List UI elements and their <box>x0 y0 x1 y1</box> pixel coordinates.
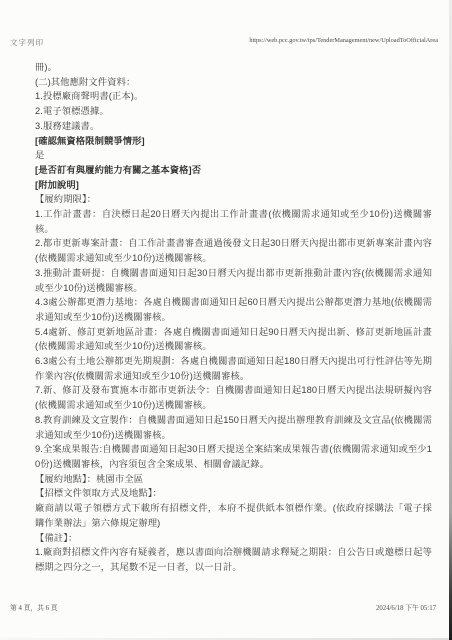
document-line: 6.3處公有土地公辦都更先期規劃：各處自機關書面通知日起180日曆天內提出可行性… <box>35 354 432 383</box>
document-line: 5.4處新、修訂更新地區計畫：各處自機關書面通知日起90日曆天內提出新、修訂更新… <box>35 325 432 354</box>
section-title: 【履約期限】： <box>35 192 432 207</box>
document-line: 4.3處公辦都更潛力基地：各處自機關書面通知日起60日曆天內提出公辦都更潛力基地… <box>35 295 432 324</box>
section-title: 【招標文件領取方式及地點】： <box>35 486 432 501</box>
document-line: 3.推動計畫研提：自機關書面通知日起30日曆天內提出都市更新推動計畫內容(依機關… <box>35 266 432 295</box>
section-title: 【履約地點】：桃園市全區 <box>35 472 432 487</box>
document-line: 1.廠商對招標文件內容有疑義者，應以書面向洽辦機關請求釋疑之期限：自公告日或邀標… <box>35 545 432 574</box>
source-url: https://web.pcc.gov.tw/tps/TenderManagem… <box>249 37 438 44</box>
print-timestamp: 2024/6/18 下午 05:17 <box>376 602 436 612</box>
page-number: 第 4 頁，共 6 頁 <box>10 602 58 612</box>
document-line: (二)其他應附文件資料： <box>35 75 432 90</box>
print-footer: 第 4 頁，共 6 頁 2024/6/18 下午 05:17 <box>10 602 436 612</box>
print-header: 文字列印 https://web.pcc.gov.tw/tps/TenderMa… <box>10 37 438 48</box>
print-title: 文字列印 <box>10 37 44 48</box>
document-line: 8.教育訓練及文宣製作：自機關書面通知日起150日曆天內提出辦理教育訓練及文宣品… <box>35 413 432 442</box>
document-line: 7.新、修訂及發布實施本市都市更新法令：自機關書面通知日起180日曆天內提出法規… <box>35 383 432 412</box>
printed-document-page: 文字列印 https://web.pcc.gov.tw/tps/TenderMa… <box>0 0 452 640</box>
document-line: 9.全案成果報告:自機關書面通知日起30日曆天提送全案結案成果報告書(依機關需求… <box>35 442 432 471</box>
document-line: 是 <box>35 148 432 163</box>
section-header: [附加說明] <box>35 178 432 193</box>
section-title: 【備註】： <box>35 531 432 546</box>
document-body: 冊)。 (二)其他應附文件資料： 1.投標廠商聲明書(正本)。 2.電子領標憑據… <box>35 60 432 575</box>
document-line: 1.投標廠商聲明書(正本)。 <box>35 89 432 104</box>
section-header: [確認無資格限制競爭情形] <box>35 134 432 149</box>
document-line: 2.都市更新專案計畫：自工作計畫書審查通過後發文日起30日曆天內提出都市更新專案… <box>35 236 432 265</box>
document-line: 3.服務建議書。 <box>35 119 432 134</box>
document-line: 2.電子領標憑據。 <box>35 104 432 119</box>
document-line: 廠商請以電子領標方式下載所有招標文件，本府不提供紙本領標作業。(依政府採購法「電… <box>35 501 432 530</box>
document-line: 冊)。 <box>35 60 432 75</box>
document-line: 1.工作計畫書：自決標日起20日曆天內提出工作計畫書(依機關需求通知或至少10份… <box>35 207 432 236</box>
section-header: [是否訂有與履約能力有關之基本資格]否 <box>35 163 432 178</box>
